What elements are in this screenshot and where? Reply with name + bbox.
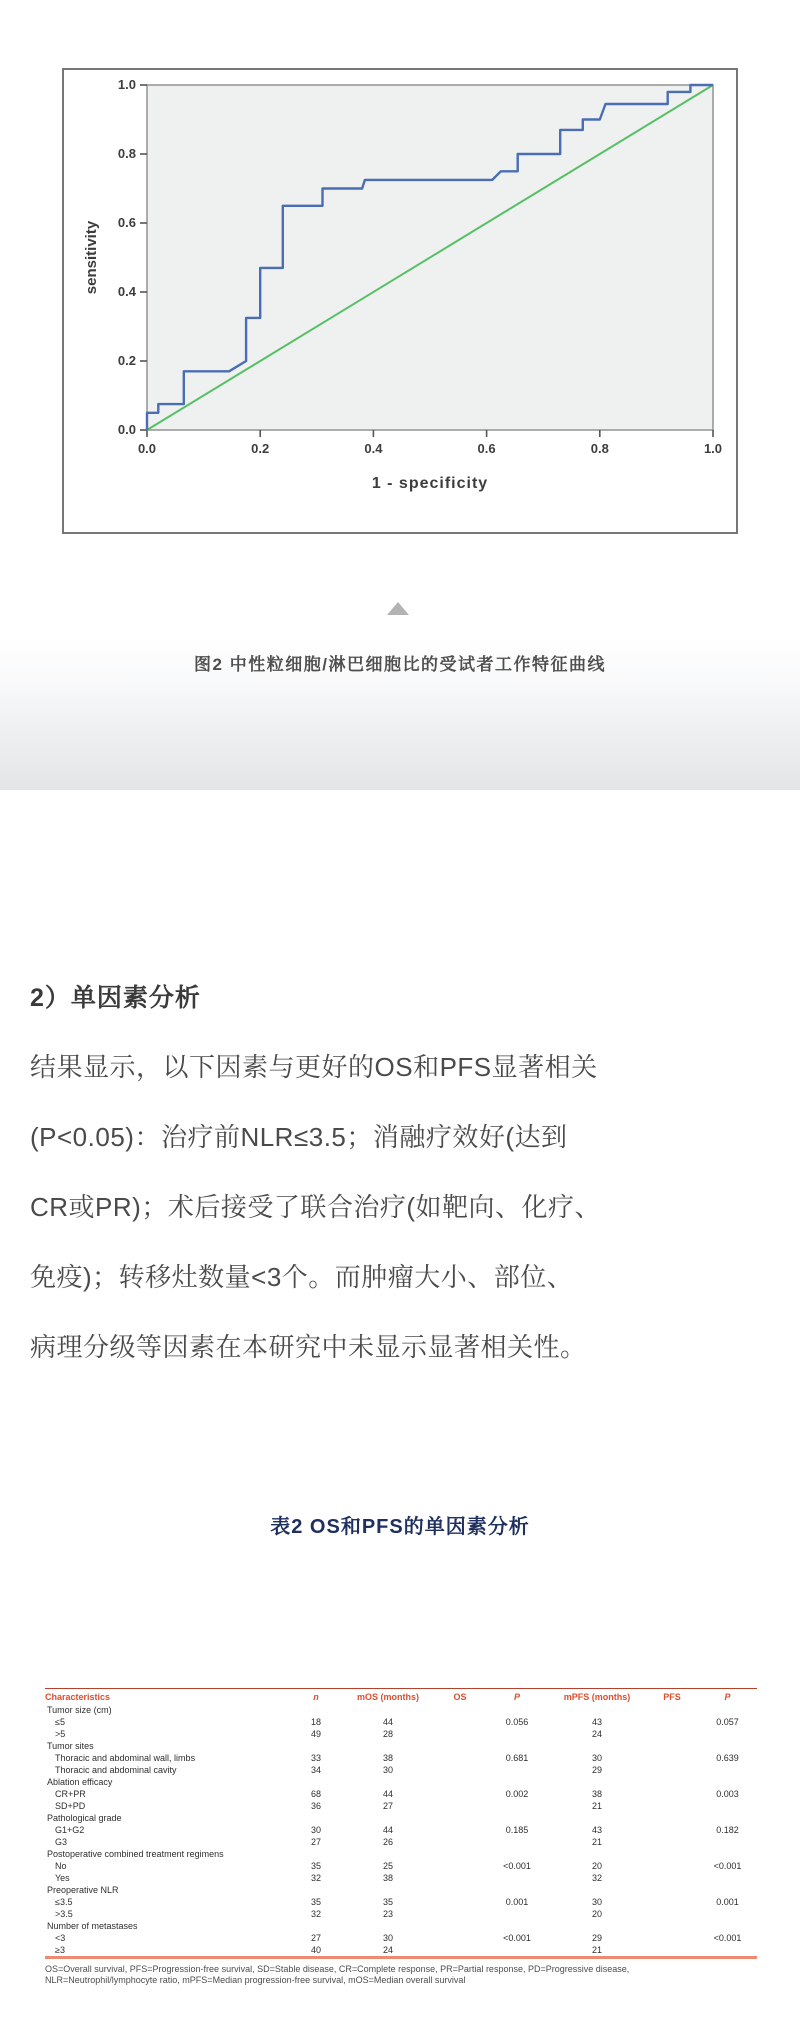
value-cell — [646, 1764, 698, 1776]
value-cell: 21 — [548, 1944, 646, 1958]
value-cell — [342, 1920, 434, 1932]
value-cell — [434, 1776, 486, 1788]
row-label-cell: G1+G2 — [45, 1824, 290, 1836]
row-label-cell: Postoperative combined treatment regimen… — [45, 1848, 290, 1860]
value-cell — [290, 1740, 342, 1752]
table-header-cell: n — [290, 1689, 342, 1705]
value-cell: 35 — [290, 1896, 342, 1908]
value-cell: 0.001 — [698, 1896, 757, 1908]
y-tick-label: 1.0 — [118, 77, 136, 92]
y-tick-label: 0.2 — [118, 353, 136, 368]
value-cell — [342, 1848, 434, 1860]
value-cell: 20 — [548, 1860, 646, 1872]
value-cell — [486, 1908, 548, 1920]
value-cell — [698, 1836, 757, 1848]
value-cell — [646, 1788, 698, 1800]
table-group-row: Number of metastases — [45, 1920, 757, 1932]
value-cell — [434, 1932, 486, 1944]
value-cell: 21 — [548, 1836, 646, 1848]
row-label-cell: >5 — [45, 1728, 290, 1740]
value-cell: 0.002 — [486, 1788, 548, 1800]
table-row: G1+G230440.185430.182 — [45, 1824, 757, 1836]
value-cell — [486, 1800, 548, 1812]
value-cell: <0.001 — [698, 1932, 757, 1944]
value-cell: 34 — [290, 1764, 342, 1776]
value-cell — [290, 1704, 342, 1716]
value-cell — [646, 1824, 698, 1836]
value-cell: 36 — [290, 1800, 342, 1812]
value-cell — [434, 1884, 486, 1896]
value-cell: 38 — [342, 1752, 434, 1764]
x-tick-label: 0.2 — [251, 441, 269, 456]
value-cell: 68 — [290, 1788, 342, 1800]
value-cell — [548, 1848, 646, 1860]
value-cell — [486, 1944, 548, 1958]
value-cell — [342, 1776, 434, 1788]
value-cell — [486, 1848, 548, 1860]
row-label-cell: Number of metastases — [45, 1920, 290, 1932]
value-cell: 35 — [342, 1896, 434, 1908]
value-cell: 38 — [548, 1788, 646, 1800]
value-cell: 0.185 — [486, 1824, 548, 1836]
value-cell: 25 — [342, 1860, 434, 1872]
row-label-cell: ≥3 — [45, 1944, 290, 1958]
value-cell — [434, 1812, 486, 1824]
table-row: CR+PR68440.002380.003 — [45, 1788, 757, 1800]
table-group-row: Preoperative NLR — [45, 1884, 757, 1896]
value-cell — [646, 1932, 698, 1944]
value-cell — [434, 1728, 486, 1740]
value-cell — [342, 1812, 434, 1824]
value-cell — [434, 1944, 486, 1958]
value-cell: <0.001 — [486, 1860, 548, 1872]
value-cell — [290, 1848, 342, 1860]
x-tick-label: 0.0 — [138, 441, 156, 456]
table-row: G3272621 — [45, 1836, 757, 1848]
value-cell — [698, 1872, 757, 1884]
value-cell — [646, 1716, 698, 1728]
value-cell — [342, 1740, 434, 1752]
value-cell — [646, 1836, 698, 1848]
row-label-cell: Thoracic and abdominal cavity — [45, 1764, 290, 1776]
value-cell — [434, 1836, 486, 1848]
value-cell: 27 — [290, 1932, 342, 1944]
table-row: Thoracic and abdominal cavity343029 — [45, 1764, 757, 1776]
roc-figure: 0.00.00.20.20.40.40.60.60.80.81.01.0sens… — [62, 68, 738, 534]
value-cell — [698, 1884, 757, 1896]
value-cell: 32 — [548, 1872, 646, 1884]
value-cell — [646, 1752, 698, 1764]
figure-caption: 图2 中性粒细胞/淋巴细胞比的受试者工作特征曲线 — [0, 650, 800, 675]
row-label-cell: >3.5 — [45, 1908, 290, 1920]
y-tick-label: 0.4 — [118, 284, 137, 299]
x-tick-label: 0.8 — [591, 441, 609, 456]
value-cell — [434, 1752, 486, 1764]
value-cell — [698, 1848, 757, 1860]
table-header-cell: PFS — [646, 1689, 698, 1705]
value-cell: 0.639 — [698, 1752, 757, 1764]
value-cell: 32 — [290, 1908, 342, 1920]
value-cell: 0.003 — [698, 1788, 757, 1800]
value-cell — [290, 1776, 342, 1788]
value-cell: 43 — [548, 1716, 646, 1728]
value-cell — [290, 1812, 342, 1824]
value-cell — [698, 1800, 757, 1812]
value-cell — [646, 1872, 698, 1884]
value-cell: 29 — [548, 1932, 646, 1944]
table-group-row: Tumor sites — [45, 1740, 757, 1752]
y-tick-label: 0.6 — [118, 215, 136, 230]
table-group-row: Pathological grade — [45, 1812, 757, 1824]
value-cell: 43 — [548, 1824, 646, 1836]
row-label-cell: Yes — [45, 1872, 290, 1884]
value-cell: 21 — [548, 1800, 646, 1812]
row-label-cell: <3 — [45, 1932, 290, 1944]
value-cell: 30 — [342, 1764, 434, 1776]
table-header-cell: P — [698, 1689, 757, 1705]
table-header-row: CharacteristicsnmOS (months)OSPmPFS (mon… — [45, 1689, 757, 1705]
value-cell — [698, 1764, 757, 1776]
value-cell — [434, 1800, 486, 1812]
value-cell: 33 — [290, 1752, 342, 1764]
value-cell — [486, 1776, 548, 1788]
value-cell: 27 — [342, 1800, 434, 1812]
value-cell — [646, 1884, 698, 1896]
value-cell: 44 — [342, 1788, 434, 1800]
value-cell: 35 — [290, 1860, 342, 1872]
table-group-row: Tumor size (cm) — [45, 1704, 757, 1716]
row-label-cell: CR+PR — [45, 1788, 290, 1800]
value-cell — [434, 1824, 486, 1836]
value-cell: 44 — [342, 1716, 434, 1728]
row-label-cell: Tumor sites — [45, 1740, 290, 1752]
table-row: >3.5322320 — [45, 1908, 757, 1920]
value-cell: <0.001 — [698, 1860, 757, 1872]
value-cell — [646, 1920, 698, 1932]
value-cell — [698, 1944, 757, 1958]
value-cell — [646, 1908, 698, 1920]
value-cell: 29 — [548, 1764, 646, 1776]
row-label-cell: No — [45, 1860, 290, 1872]
table-row: Thoracic and abdominal wall, limbs33380.… — [45, 1752, 757, 1764]
value-cell: 38 — [342, 1872, 434, 1884]
value-cell — [290, 1884, 342, 1896]
row-label-cell: Ablation efficacy — [45, 1776, 290, 1788]
value-cell — [434, 1704, 486, 1716]
value-cell: 30 — [548, 1752, 646, 1764]
page-root: 0.00.00.20.20.40.40.60.60.80.81.01.0sens… — [0, 0, 800, 2033]
value-cell — [486, 1728, 548, 1740]
table-header-cell: mPFS (months) — [548, 1689, 646, 1705]
value-cell: 30 — [290, 1824, 342, 1836]
value-cell: 44 — [342, 1824, 434, 1836]
table-row: <32730<0.00129<0.001 — [45, 1932, 757, 1944]
value-cell — [434, 1920, 486, 1932]
table-header-cell: mOS (months) — [342, 1689, 434, 1705]
value-cell — [434, 1788, 486, 1800]
section-heading: 2）单因素分析 — [30, 978, 201, 1014]
value-cell — [646, 1704, 698, 1716]
table-wrap: CharacteristicsnmOS (months)OSPmPFS (mon… — [45, 1688, 757, 1959]
row-label-cell: Preoperative NLR — [45, 1884, 290, 1896]
value-cell: 26 — [342, 1836, 434, 1848]
row-label-cell: Pathological grade — [45, 1812, 290, 1824]
value-cell — [646, 1896, 698, 1908]
value-cell: 24 — [548, 1728, 646, 1740]
table-header-cell: Characteristics — [45, 1689, 290, 1705]
value-cell — [486, 1884, 548, 1896]
value-cell — [434, 1896, 486, 1908]
value-cell — [646, 1860, 698, 1872]
row-label-cell: ≤5 — [45, 1716, 290, 1728]
row-label-cell: Thoracic and abdominal wall, limbs — [45, 1752, 290, 1764]
table-row: No3525<0.00120<0.001 — [45, 1860, 757, 1872]
value-cell — [486, 1704, 548, 1716]
value-cell — [290, 1920, 342, 1932]
table-title: 表2 OS和PFS的单因素分析 — [0, 1510, 800, 1539]
value-cell: 40 — [290, 1944, 342, 1958]
table-footnote: OS=Overall survival, PFS=Progression-fre… — [45, 1964, 757, 1986]
value-cell: 28 — [342, 1728, 434, 1740]
y-axis-title: sensitivity — [83, 220, 100, 294]
table-group-row: Postoperative combined treatment regimen… — [45, 1848, 757, 1860]
row-label-cell: SD+PD — [45, 1800, 290, 1812]
value-cell — [646, 1812, 698, 1824]
y-tick-label: 0.0 — [118, 422, 136, 437]
triangle-up-icon[interactable] — [387, 602, 409, 615]
value-cell — [342, 1704, 434, 1716]
row-label-cell: ≤3.5 — [45, 1896, 290, 1908]
x-tick-label: 0.4 — [364, 441, 383, 456]
value-cell: 0.057 — [698, 1716, 757, 1728]
value-cell — [548, 1920, 646, 1932]
value-cell — [698, 1740, 757, 1752]
value-cell — [698, 1908, 757, 1920]
x-tick-label: 1.0 — [704, 441, 722, 456]
value-cell — [646, 1728, 698, 1740]
value-cell — [434, 1872, 486, 1884]
value-cell: 49 — [290, 1728, 342, 1740]
value-cell — [548, 1740, 646, 1752]
row-label-cell: Tumor size (cm) — [45, 1704, 290, 1716]
value-cell: 18 — [290, 1716, 342, 1728]
value-cell — [486, 1920, 548, 1932]
table-row: ≥3402421 — [45, 1944, 757, 1958]
value-cell: 30 — [342, 1932, 434, 1944]
y-tick-label: 0.8 — [118, 146, 136, 161]
value-cell: 30 — [548, 1896, 646, 1908]
value-cell — [434, 1740, 486, 1752]
value-cell — [698, 1704, 757, 1716]
roc-chart-svg: 0.00.00.20.20.40.40.60.60.80.81.01.0sens… — [64, 70, 736, 532]
value-cell — [646, 1740, 698, 1752]
value-cell — [486, 1764, 548, 1776]
table-row: SD+PD362721 — [45, 1800, 757, 1812]
value-cell — [548, 1704, 646, 1716]
table-row: ≤518440.056430.057 — [45, 1716, 757, 1728]
univariate-table: CharacteristicsnmOS (months)OSPmPFS (mon… — [45, 1688, 757, 1959]
x-tick-label: 0.6 — [478, 441, 496, 456]
value-cell — [698, 1728, 757, 1740]
value-cell: 0.182 — [698, 1824, 757, 1836]
value-cell: 24 — [342, 1944, 434, 1958]
x-axis-title: 1 - specificity — [372, 475, 488, 492]
table-header-cell: P — [486, 1689, 548, 1705]
body-paragraph: 结果显示，以下因素与更好的OS和PFS显著相关 (P<0.05)：治疗前NLR≤… — [30, 1032, 775, 1382]
table-group-row: Ablation efficacy — [45, 1776, 757, 1788]
value-cell: 23 — [342, 1908, 434, 1920]
value-cell — [434, 1764, 486, 1776]
value-cell — [698, 1920, 757, 1932]
value-cell: 0.681 — [486, 1752, 548, 1764]
value-cell: 32 — [290, 1872, 342, 1884]
table-row: ≤3.535350.001300.001 — [45, 1896, 757, 1908]
value-cell — [434, 1716, 486, 1728]
value-cell — [434, 1848, 486, 1860]
value-cell — [646, 1776, 698, 1788]
value-cell — [434, 1908, 486, 1920]
value-cell: 0.001 — [486, 1896, 548, 1908]
value-cell — [486, 1872, 548, 1884]
table-row: Yes323832 — [45, 1872, 757, 1884]
value-cell — [434, 1860, 486, 1872]
value-cell — [646, 1944, 698, 1958]
value-cell — [548, 1812, 646, 1824]
value-cell — [548, 1884, 646, 1896]
value-cell: 27 — [290, 1836, 342, 1848]
value-cell — [698, 1812, 757, 1824]
value-cell — [548, 1776, 646, 1788]
table-header-cell: OS — [434, 1689, 486, 1705]
value-cell: 0.056 — [486, 1716, 548, 1728]
value-cell — [646, 1800, 698, 1812]
table-row: >5492824 — [45, 1728, 757, 1740]
value-cell — [698, 1776, 757, 1788]
value-cell — [486, 1836, 548, 1848]
value-cell: 20 — [548, 1908, 646, 1920]
value-cell: <0.001 — [486, 1932, 548, 1944]
row-label-cell: G3 — [45, 1836, 290, 1848]
value-cell — [486, 1812, 548, 1824]
value-cell — [646, 1848, 698, 1860]
value-cell — [486, 1740, 548, 1752]
value-cell — [342, 1884, 434, 1896]
